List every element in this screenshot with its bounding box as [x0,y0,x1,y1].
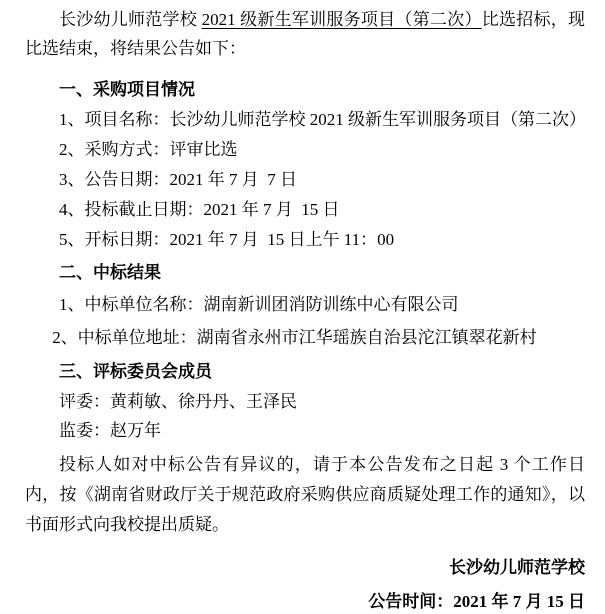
section1-item-procurement-method: 2、采购方式：评审比选 [25,135,585,165]
section1-item-announcement-date: 3、公告日期：2021 年 7 月 7 日 [25,165,585,195]
closing-paragraph: 投标人如对中标公告有异议的，请于本公告发布之日起 3 个工作日内，按《湖南省财政… [25,450,585,540]
underlined-project-name: 2021 级新生军训服务项目（第二次） [202,10,482,29]
intro-prefix: 长沙幼儿师范学校 [59,10,202,29]
section1-item-bid-opening-date: 5、开标日期：2021 年 7 月 15 日上午 11：00 [25,225,585,255]
intro-paragraph: 长沙幼儿师范学校 2021 级新生军训服务项目（第二次）比选招标，现比选结束，将… [25,5,585,63]
section1-heading: 一、采购项目情况 [25,75,585,105]
section3-heading: 三、评标委员会成员 [25,357,585,387]
section3-judges-line: 评委：黄莉敏、徐丹丹、王泽民 [25,387,585,416]
signature-date-line: 公告时间：2021 年 7 月 15 日 [25,586,585,614]
section2-item-winner-address: 2、中标单位地址：湖南省永州市江华瑶族自治县沱江镇翠花新村 [25,321,585,354]
section2-item-winner-name: 1、中标单位名称：湖南新训团消防训练中心有限公司 [25,288,585,321]
signature-organization: 长沙幼儿师范学校 [25,552,585,583]
announcement-document: 长沙幼儿师范学校 2021 级新生军训服务项目（第二次）比选招标，现比选结束，将… [0,0,605,614]
section2-heading: 二、中标结果 [25,258,585,288]
section1-item-bid-deadline: 4、投标截止日期：2021 年 7 月 15 日 [25,195,585,225]
section1-item-project-name: 1、项目名称：长沙幼儿师范学校 2021 级新生军训服务项目（第二次） [25,105,585,135]
section3-supervisor-line: 监委：赵万年 [25,416,585,445]
